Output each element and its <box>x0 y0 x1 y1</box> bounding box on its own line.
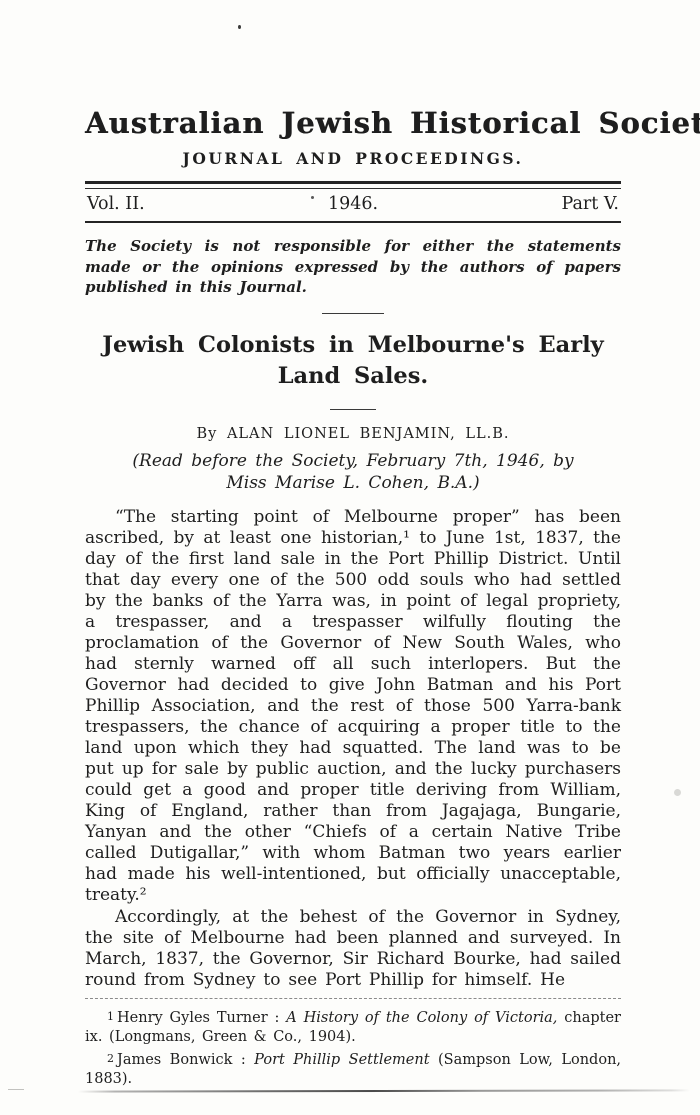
single-rule <box>85 221 621 223</box>
presentation-note-line2: Miss Marise L. Cohen, B.A.) <box>85 472 621 494</box>
journal-subtitle: JOURNAL AND PROCEEDINGS. <box>85 149 621 168</box>
year-label: 1946. <box>328 194 378 214</box>
presentation-note: (Read before the Society, February 7th, … <box>85 450 621 494</box>
society-masthead: Australian Jewish Historical Society <box>85 106 621 140</box>
footnote-text: Henry Gyles Turner : <box>117 1010 286 1026</box>
footnote-divider <box>85 998 621 999</box>
body-paragraph: “The starting point of Melbourne proper”… <box>85 507 621 906</box>
article-title-line2: Land Sales. <box>85 361 621 392</box>
scan-artifact-mark <box>8 1089 24 1090</box>
footnote-marker: 1 <box>107 1010 114 1023</box>
volume-row: Vol. II. 1946. Part V. <box>85 189 621 221</box>
footnote-book-title: A History of the Colony of Victoria, <box>286 1010 557 1026</box>
footnote-book-title: Port Phillip Settlement <box>254 1052 429 1068</box>
footnote-text: James Bonwick : <box>117 1052 254 1068</box>
body-paragraph: Accordingly, at the behest of the Govern… <box>85 907 621 991</box>
article-title: Jewish Colonists in Melbourne's Early La… <box>85 330 621 392</box>
ink-speck <box>674 789 681 796</box>
volume-label: Vol. II. <box>87 194 145 214</box>
footnotes: 1Henry Gyles Turner : A History of the C… <box>85 1007 621 1089</box>
footnote: 2James Bonwick : Port Phillip Settlement… <box>85 1049 621 1089</box>
presentation-note-line1: (Read before the Society, February 7th, … <box>85 450 621 472</box>
page-content: Australian Jewish Historical Society JOU… <box>85 0 621 1091</box>
section-divider <box>330 409 376 410</box>
part-label: Part V. <box>561 194 619 214</box>
section-divider <box>322 313 384 314</box>
footnote: 1Henry Gyles Turner : A History of the C… <box>85 1007 621 1047</box>
article-body: “The starting point of Melbourne proper”… <box>85 507 621 991</box>
article-byline: By ALAN LIONEL BENJAMIN, LL.B. <box>85 426 621 442</box>
double-rule <box>85 181 621 189</box>
footnote-marker: 2 <box>107 1052 114 1065</box>
disclaimer-text: The Society is not responsible for eithe… <box>85 236 621 298</box>
article-title-line1: Jewish Colonists in Melbourne's Early <box>85 330 621 361</box>
scan-artifact-line <box>78 1089 690 1092</box>
scanned-page: Australian Jewish Historical Society JOU… <box>0 0 700 1115</box>
